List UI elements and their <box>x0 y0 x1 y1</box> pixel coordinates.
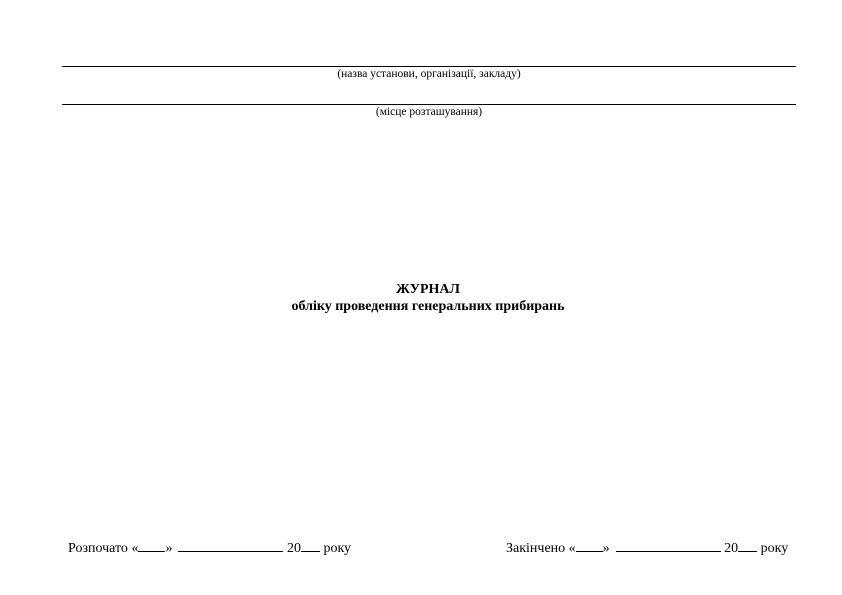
started-year-blank <box>301 538 320 552</box>
finished-day-blank <box>576 538 603 552</box>
started-date-line: Розпочато «» 20 року <box>68 538 351 557</box>
finished-suffix: року <box>761 541 789 556</box>
institution-name-line <box>62 66 796 67</box>
journal-title-block: ЖУРНАЛ обліку проведення генеральних при… <box>0 281 842 315</box>
institution-caption: (назва установи, організації, закладу) <box>62 68 796 81</box>
journal-subheading: обліку проведення генеральних прибирань <box>0 298 842 315</box>
started-suffix: року <box>323 541 351 556</box>
finished-date-line: Закінчено «» 20 року <box>506 538 788 557</box>
finished-year-blank <box>738 538 757 552</box>
started-open-quote: « <box>131 541 138 556</box>
location-line <box>62 104 796 105</box>
finished-close-quote: » <box>603 541 610 556</box>
finished-century: 20 <box>724 541 738 556</box>
finished-label: Закінчено <box>506 541 565 556</box>
started-close-quote: » <box>165 541 172 556</box>
location-caption: (місце розташування) <box>62 106 796 119</box>
journal-heading: ЖУРНАЛ <box>0 281 842 298</box>
started-label: Розпочато <box>68 541 128 556</box>
started-century: 20 <box>287 541 301 556</box>
finished-open-quote: « <box>569 541 576 556</box>
finished-month-blank <box>616 538 721 552</box>
started-day-blank <box>138 538 165 552</box>
started-month-blank <box>178 538 283 552</box>
